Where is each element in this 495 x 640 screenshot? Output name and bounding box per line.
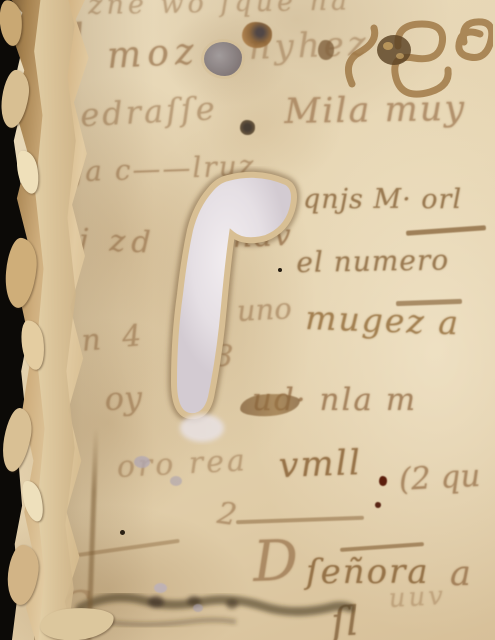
- dark-ink-spot: [379, 476, 387, 486]
- dark-ink-spot: [375, 502, 381, 508]
- dark-fleck: [278, 268, 282, 272]
- worm-hole: [240, 120, 255, 135]
- pale-abrasion-speck: [134, 456, 150, 468]
- handwriting-fragment: (2 qu: [398, 458, 481, 498]
- pale-abrasion-speck: [154, 583, 167, 593]
- dark-fleck: [120, 530, 125, 535]
- pen-stroke: [406, 225, 486, 236]
- crust-stain: [318, 40, 334, 60]
- handwriting-fragment: oy: [104, 379, 143, 418]
- pale-abrasion-speck: [193, 604, 203, 612]
- handwriting-fragment: el numero: [296, 243, 449, 279]
- pale-abrasion-speck: [170, 476, 182, 486]
- handwriting-fragment: zne wo ſque na: [88, 0, 351, 21]
- handwriting-fragment: a: [450, 554, 471, 594]
- handwriting-fragment: n 4: [80, 318, 149, 359]
- crust-stain: [242, 22, 272, 48]
- handwriting-fragment: moz: [106, 31, 201, 77]
- ink-flourish: [338, 12, 493, 122]
- handwriting-fragment: qnjs M· orl: [303, 184, 462, 215]
- pen-stroke: [236, 516, 364, 524]
- handwriting-fragment: vmll: [278, 443, 363, 486]
- handwriting-fragment: 2: [215, 496, 239, 533]
- manuscript-photo: zne wo ſque na d moz nyhez medraſſe Mila…: [0, 0, 495, 640]
- handwriting-fragment: uuv: [388, 581, 447, 614]
- paper-hole-small: [204, 42, 242, 76]
- pen-stroke: [340, 542, 424, 552]
